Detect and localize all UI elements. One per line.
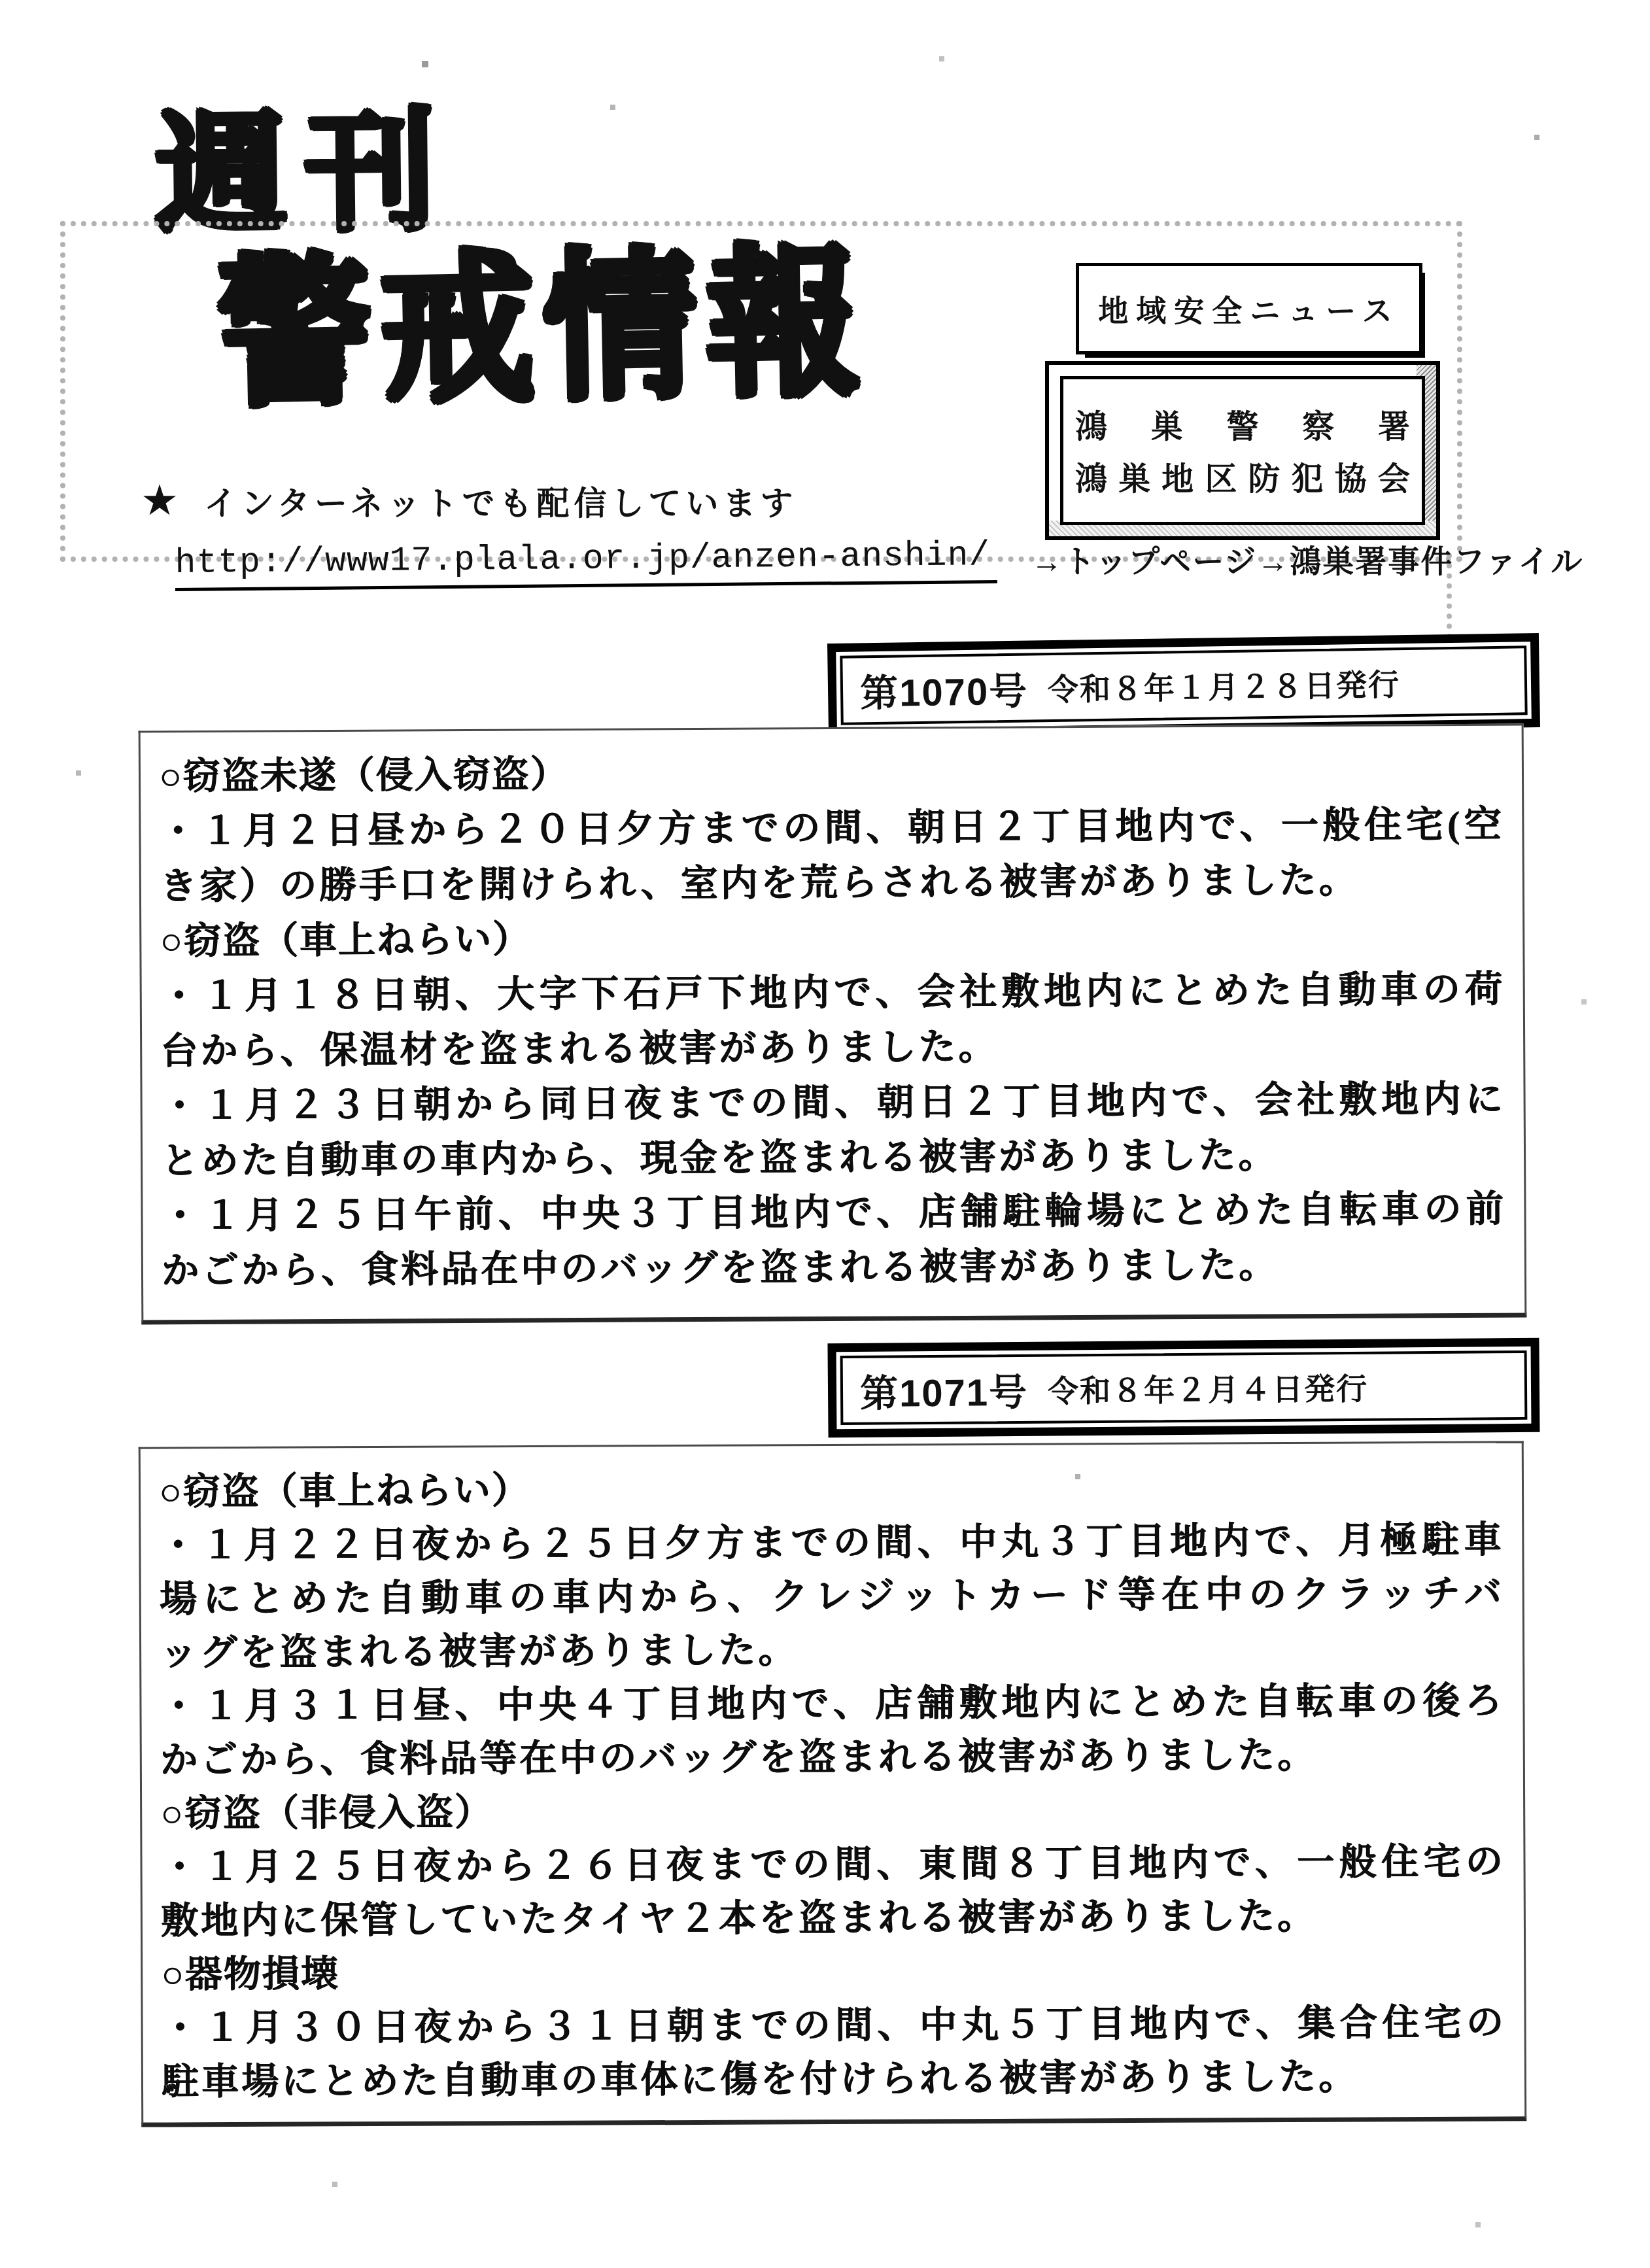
report-line: ○器物損壊 — [161, 1943, 1505, 2002]
report-line: ッグを盗まれる被害がありました。 — [160, 1621, 1504, 1681]
report-line: ○窃盗（非侵入盗） — [160, 1782, 1505, 1842]
incident-report-box: ○窃盗未遂（侵入窃盗）・１月２日昼から２０日夕方までの間、朝日２丁目地内で、一般… — [139, 723, 1527, 1324]
issue-header: 第1071号 令和８年２月４日発行 — [827, 1338, 1539, 1438]
report-line: ・１月３１日昼、中央４丁目地内で、店舗敷地内にとめた自転車の後ろ — [160, 1675, 1504, 1734]
publisher-crime-prevention-assoc: 鴻巣地区防犯協会 — [1075, 454, 1410, 500]
community-safety-news-label: 地域安全ニュース — [1098, 287, 1400, 330]
report-line: ○窃盗未遂（侵入窃盗） — [159, 743, 1504, 805]
issue-number: 第1070号 — [859, 661, 1028, 718]
star-icon: ★ — [143, 482, 177, 520]
internet-note-text: インターネットでも配信しています — [204, 477, 798, 524]
report-line: かごから、食料品等在中のバッグを盗まれる被害がありました。 — [160, 1728, 1505, 1788]
newsletter-url: http://www17.plala.or.jp/anzen-anshin/ — [175, 536, 997, 591]
report-line: ・１月３０日夜から３１日朝までの間、中丸５丁目地内で、集合住宅の — [161, 1997, 1505, 2056]
newsletter-page: 週刊 警戒情報 地域安全ニュース 鴻巣警察署 鴻巣地区防犯協会 ★ インターネッ… — [0, 0, 1650, 2268]
report-line: 敷地内に保管していたタイヤ２本を盗まれる被害がありました。 — [161, 1889, 1505, 1949]
community-safety-news-badge: 地域安全ニュース — [1076, 263, 1422, 354]
publisher-signboard: 鴻巣警察署 鴻巣地区防犯協会 — [1045, 361, 1440, 540]
publisher-police-station: 鴻巣警察署 — [1075, 402, 1410, 447]
report-line: とめた自動車の車内から、現金を盗まれる被害がありました。 — [161, 1127, 1505, 1190]
report-line: 台から、保温材を盗まれる被害がありました。 — [160, 1018, 1505, 1080]
issue-date: 令和８年１月２８日発行 — [1048, 661, 1401, 710]
issue-header: 第1070号 令和８年１月２８日発行 — [827, 633, 1540, 738]
incident-report-box: ○窃盗（車上ねらい）・１月２２日夜から２５日夕方までの間、中丸３丁目地内で、月極… — [139, 1441, 1527, 2127]
report-line: ・１月２３日朝から同日夜までの間、朝日２丁目地内で、会社敷地内に — [160, 1073, 1505, 1135]
issue-number: 第1071号 — [860, 1362, 1029, 1418]
publisher-names: 鴻巣警察署 鴻巣地区防犯協会 — [1060, 376, 1425, 525]
report-line: 場にとめた自動車の車内から、クレジットカード等在中のクラッチバ — [160, 1568, 1504, 1627]
report-line: かごから、食料品在中のバッグを盗まれる被害がありました。 — [162, 1237, 1506, 1299]
report-line: ・１月２５日夜から２６日夜までの間、東間８丁目地内で、一般住宅の — [160, 1836, 1505, 1895]
issue-header-inner: 第1070号 令和８年１月２８日発行 — [840, 645, 1527, 725]
internet-distribution-note: ★ インターネットでも配信しています — [143, 477, 798, 524]
report-line: 駐車場にとめた自動車の車体に傷を付けられる被害がありました。 — [162, 2050, 1506, 2110]
report-line: ・１月１８日朝、大字下石戸下地内で、会社敷地内にとめた自動車の荷 — [160, 963, 1505, 1025]
issue-date: 令和８年２月４日発行 — [1048, 1364, 1369, 1411]
report-line: ○窃盗（車上ねらい） — [160, 908, 1504, 970]
issue-header-inner: 第1071号 令和８年２月４日発行 — [840, 1350, 1528, 1425]
report-line: ・１月２２日夜から２５日夕方までの間、中丸３丁目地内で、月極駐車 — [159, 1514, 1504, 1573]
url-navigation-note: →トップページ→鴻巣署事件ファイル — [1031, 536, 1584, 581]
url-row: http://www17.plala.or.jp/anzen-anshin/ →… — [175, 536, 1583, 591]
report-line: ○窃盗（車上ねらい） — [159, 1460, 1504, 1520]
report-line: ・１月２日昼から２０日夕方までの間、朝日２丁目地内で、一般住宅(空 — [159, 798, 1504, 860]
report-line: ・１月２５日午前、中央３丁目地内で、店舗駐輪場にとめた自転車の前 — [161, 1182, 1505, 1245]
scan-noise — [0, 0, 3, 3]
masthead-main-title: 警戒情報 — [217, 244, 871, 417]
report-line: き家）の勝手口を開けられ、室内を荒らされる被害がありました。 — [160, 853, 1504, 915]
